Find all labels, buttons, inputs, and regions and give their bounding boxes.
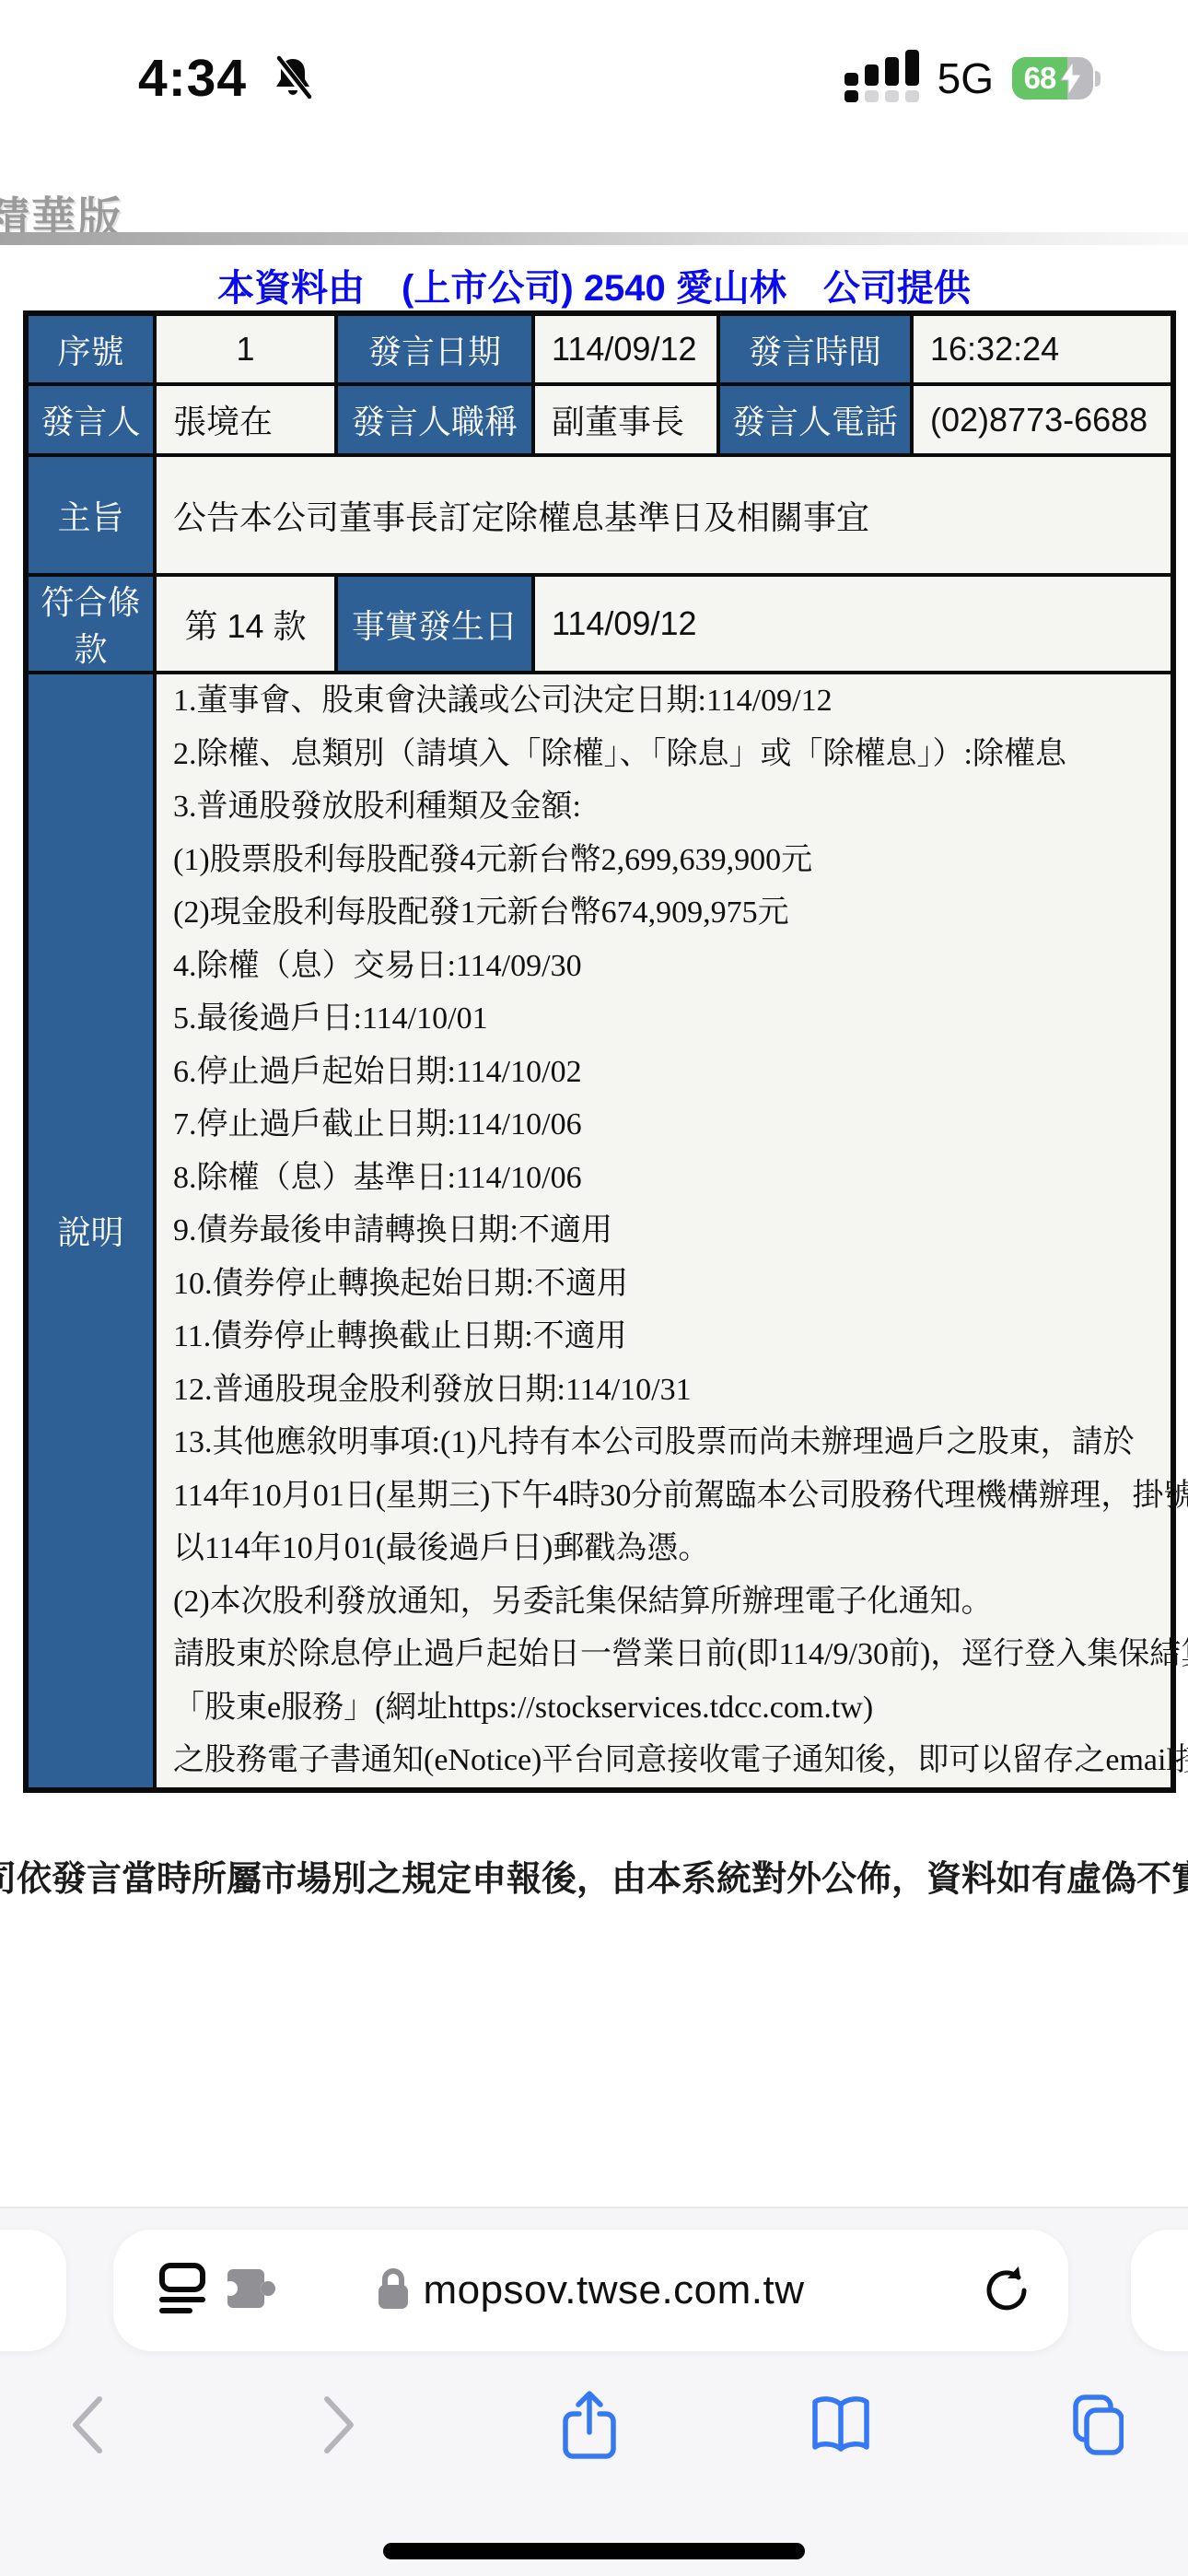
description-label: 說明: [26, 673, 155, 1790]
description-line: 7.停止過戶截止日期:114/10/06: [173, 1098, 1154, 1152]
description-line: 3.普通股發放股利種類及金額:: [173, 780, 1154, 834]
header-gradient-rule: [0, 232, 1188, 245]
fact-date-value: 114/09/12: [533, 575, 1173, 673]
description-line: 11.債券停止轉換截止日期:不適用: [173, 1310, 1154, 1364]
battery-indicator: 68: [1012, 57, 1101, 100]
description-line: 請股東於除息停止過戶起始日一營業日前(即114/9/30前)，逕行登入集保結算所: [173, 1628, 1154, 1681]
description-line: 8.除權（息）基準日:114/10/06: [173, 1152, 1154, 1205]
description-line: (2)本次股利發放通知，另委託集保結算所辦理電子化通知。: [173, 1575, 1154, 1629]
provider-title: 本資料由 (上市公司) 2540 愛山林 公司提供: [0, 259, 1188, 311]
description-line: 6.停止過戶起始日期:114/10/02: [173, 1046, 1154, 1099]
speaker-label: 發言人: [26, 384, 155, 455]
description-line: 13.其他應敘明事項:(1)凡持有本公司股票而尚未辦理過戶之股東，請於: [173, 1416, 1154, 1469]
speaker-title-value: 副董事長: [533, 384, 718, 455]
url-text[interactable]: mopsov.twse.com.tw: [423, 2267, 804, 2313]
description-line: (1)股票股利每股配發4元新台幣2,699,639,900元: [173, 834, 1154, 887]
speaker-title-label: 發言人職稱: [336, 384, 533, 455]
status-bar-right: 5G 68: [844, 53, 1101, 103]
table-row: 符合條款 第 14 款 事實發生日 114/09/12: [26, 575, 1173, 673]
seq-value: 1: [155, 313, 336, 384]
speak-date-label: 發言日期: [336, 313, 533, 384]
speak-date-value: 114/09/12: [533, 313, 718, 384]
announcement-table: 序號 1 發言日期 114/09/12 發言時間 16:32:24 發言人 張境…: [23, 310, 1176, 1793]
speaker-phone-value: (02)8773-6688: [912, 384, 1173, 455]
description-line: (2)現金股利每股配發1元新台幣674,909,975元: [173, 886, 1154, 940]
speak-time-value: 16:32:24: [912, 313, 1173, 384]
charging-bolt-icon: [1058, 61, 1084, 100]
tabs-icon[interactable]: [1050, 2383, 1138, 2466]
address-bar[interactable]: mopsov.twse.com.tw: [113, 2230, 1068, 2351]
lock-icon: [377, 2266, 410, 2315]
status-bar: 4:34 5G 68: [0, 0, 1188, 138]
subject-value: 公告本公司董事長訂定除權息基準日及相關事宜: [155, 455, 1173, 575]
clause-value: 第 14 款: [155, 575, 336, 673]
table-row: 發言人 張境在 發言人職稱 副董事長 發言人電話 (02)8773-6688: [26, 384, 1173, 455]
bookmarks-icon[interactable]: [797, 2383, 885, 2466]
description-line: 114年10月01日(星期三)下午4時30分前駕臨本公司股務代理機構辦理，掛號郵…: [173, 1469, 1154, 1523]
description-line: 10.債券停止轉換起始日期:不適用: [173, 1258, 1154, 1311]
network-type-label: 5G: [938, 53, 994, 103]
description-line: 之股務電子書通知(eNotice)平台同意接收電子通知後，即可以留存之email…: [173, 1734, 1154, 1787]
back-button[interactable]: [43, 2383, 132, 2466]
safari-bottom-bar: mopsov.twse.com.tw: [0, 2207, 1188, 2576]
description-line: 2.除權、息類別（請填入「除權」、「除息」或「除權息」）:除權息: [173, 728, 1154, 781]
description-line: 9.債券最後申請轉換日期:不適用: [173, 1204, 1154, 1258]
share-icon[interactable]: [545, 2383, 634, 2466]
forward-button[interactable]: [295, 2383, 383, 2466]
refresh-button[interactable]: [984, 2230, 1031, 2351]
next-tab-peek[interactable]: [1131, 2230, 1188, 2351]
home-indicator[interactable]: [383, 2543, 805, 2559]
seq-label: 序號: [26, 313, 155, 384]
table-row: 序號 1 發言日期 114/09/12 發言時間 16:32:24: [26, 313, 1173, 384]
clause-label: 符合條款: [26, 575, 155, 673]
description-line: 4.除權（息）交易日:114/09/30: [173, 940, 1154, 993]
description-line: 以114年10月01(最後過戶日)郵戳為憑。: [173, 1522, 1154, 1575]
table-row: 說明 1.董事會、股東會決議或公司決定日期:114/09/12 2.除權、息類別…: [26, 673, 1173, 1790]
description-line: 1.董事會、股東會決議或公司決定日期:114/09/12: [173, 674, 1154, 728]
speaker-phone-label: 發言人電話: [718, 384, 912, 455]
disclaimer-text: 以上資料均由各公司依發言當時所屬市場別之規定申報後，由本系統對外公佈，資料如有虛…: [0, 1850, 1188, 1901]
description-line: 「股東e服務」(網址https://stockservices.tdcc.com…: [173, 1681, 1154, 1735]
cellular-signal-icon: [844, 54, 919, 102]
subject-label: 主旨: [26, 455, 155, 575]
clock: 4:34: [138, 48, 247, 109]
description-line: 5.最後過戶日:114/10/01: [173, 992, 1154, 1046]
speaker-value: 張境在: [155, 384, 336, 455]
previous-tab-peek[interactable]: [0, 2230, 66, 2351]
battery-percent: 68: [1024, 61, 1056, 96]
description-body: 1.董事會、股東會決議或公司決定日期:114/09/12 2.除權、息類別（請填…: [155, 673, 1173, 1790]
bell-slash-icon: [269, 53, 317, 106]
speak-time-label: 發言時間: [718, 313, 912, 384]
description-line: 12.普通股現金股利發放日期:114/10/31: [173, 1364, 1154, 1417]
table-row: 主旨 公告本公司董事長訂定除權息基準日及相關事宜: [26, 455, 1173, 575]
fact-date-label: 事實發生日: [336, 575, 533, 673]
